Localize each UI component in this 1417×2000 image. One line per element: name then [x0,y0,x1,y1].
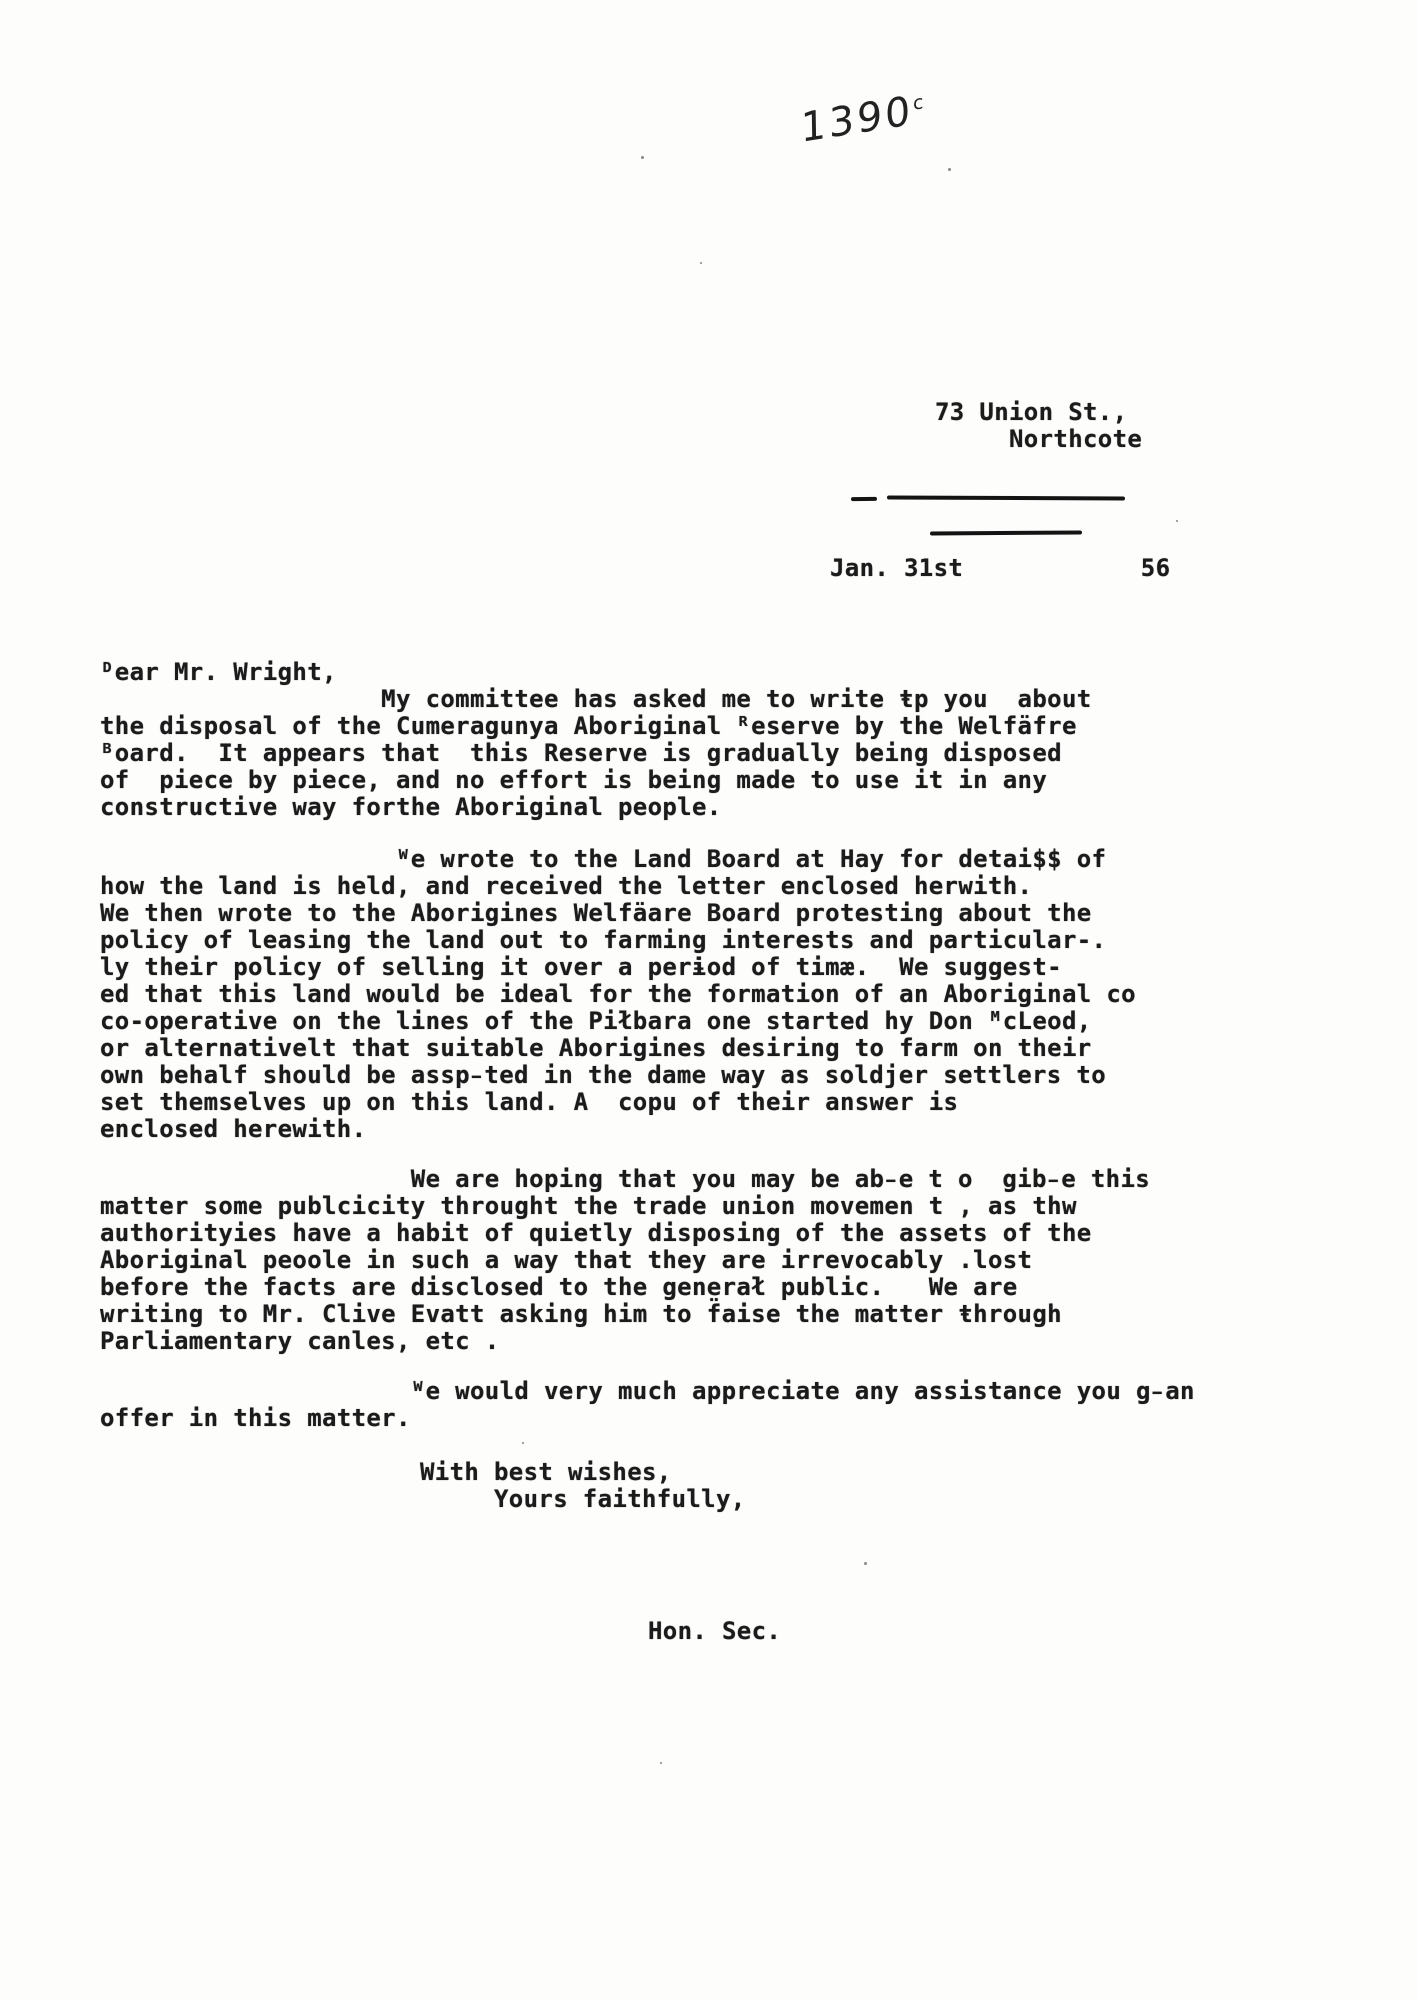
date-line: Jan. 31st 56 [830,555,1170,582]
scan-speck [700,262,702,264]
handwritten-number-digits: 1390 [800,88,913,152]
sender-address: 73 Union St., Northcote [935,399,1142,453]
handwritten-archive-number: 1390c [800,86,924,152]
scan-speck [660,1762,662,1764]
closing-lines: With best wishes, Yours faithfully, [420,1459,746,1513]
scan-speck [948,168,951,171]
handwritten-number-tick: c [913,91,924,115]
divider-dash [851,497,877,501]
scan-speck [864,1562,867,1565]
scan-speck [641,156,644,159]
letter-paragraph-4: ᵂe would very much appreciate any assist… [100,1378,1195,1432]
salutation-and-first-paragraph: ᴰear Mr. Wright, My committee has asked … [100,659,1092,821]
signature-title: Hon. Sec. [648,1618,781,1645]
letter-paragraph-2: ᵂe wrote to the Land Board at Hay for de… [100,846,1136,1143]
scan-speck [522,1442,524,1444]
scan-speck [1176,520,1178,522]
scanned-letter-page: 1390c 73 Union St., Northcote Jan. 31st … [0,0,1417,2000]
divider-line-top [887,495,1125,500]
divider-line-bottom [930,530,1082,535]
letter-paragraph-3: We are hoping that you may be ab̵e t o g… [100,1166,1150,1355]
